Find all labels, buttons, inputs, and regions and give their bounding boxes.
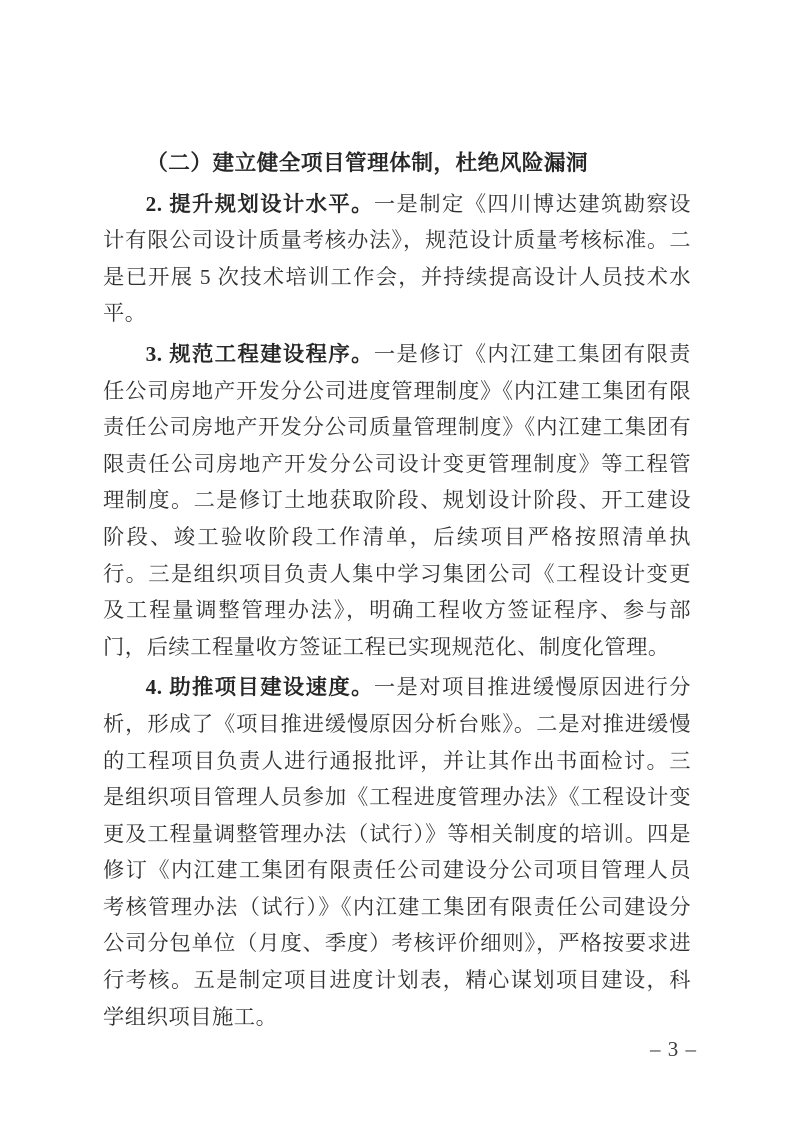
paragraph-4-body: 一是对项目推进缓慢原因进行分析，形成了《项目推进缓慢原因分析台账》。二是对推进缓… xyxy=(103,675,691,1028)
paragraph-4-lead: 4. 助推项目建设速度。 xyxy=(146,675,374,699)
paragraph-3-body: 一是修订《内江建工集团有限责任公司房地产开发分公司进度管理制度》《内江建工集团有… xyxy=(103,342,691,659)
paragraph-3-lead: 3. 规范工程建设程序。 xyxy=(146,342,374,366)
paragraph-2-lead: 2. 提升规划设计水平。 xyxy=(146,192,374,216)
paragraph-4: 4. 助推项目建设速度。一是对项目推进缓慢原因进行分析，形成了《项目推进缓慢原因… xyxy=(103,669,691,1035)
section-heading: （二）建立健全项目管理体制，杜绝风险漏洞 xyxy=(103,145,691,182)
paragraph-3: 3. 规范工程建设程序。一是修订《内江建工集团有限责任公司房地产开发分公司进度管… xyxy=(103,336,691,665)
page-number: – 3 – xyxy=(650,1036,697,1062)
paragraph-2: 2. 提升规划设计水平。一是制定《四川博达建筑勘察设计有限公司设计质量考核办法》… xyxy=(103,186,691,332)
document-content: （二）建立健全项目管理体制，杜绝风险漏洞 2. 提升规划设计水平。一是制定《四川… xyxy=(103,145,691,1035)
document-page: （二）建立健全项目管理体制，杜绝风险漏洞 2. 提升规划设计水平。一是制定《四川… xyxy=(0,0,793,1122)
